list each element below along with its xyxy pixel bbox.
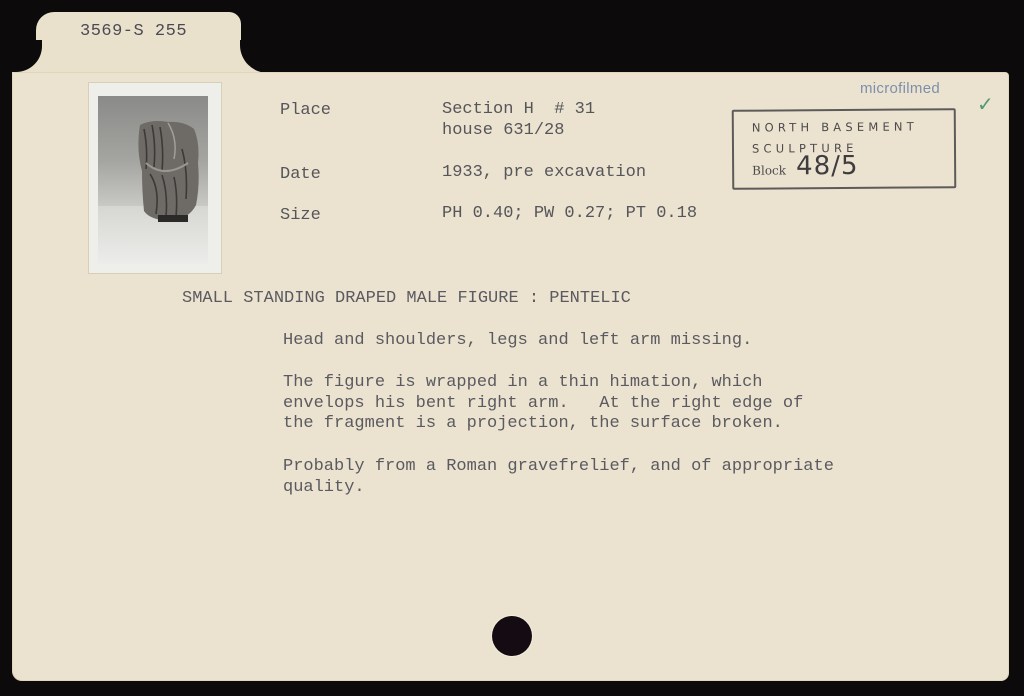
description-missing-parts: Head and shoulders, legs and left arm mi… — [283, 331, 752, 352]
description-attribution: Probably from a Roman gravefrelief, and … — [283, 457, 834, 498]
date-label: Date — [280, 165, 321, 184]
description-drapery: The figure is wrapped in a thin himation… — [283, 373, 803, 435]
stamp-block-label: Block — [752, 163, 786, 177]
catalog-number: 3569-S 255 — [80, 22, 187, 41]
checkmark-icon: ✓ — [977, 92, 994, 116]
stamp-block-value: 48/5 — [796, 151, 859, 181]
microfilmed-stamp: microfilmed — [860, 80, 940, 97]
punch-hole — [492, 616, 532, 656]
draped-figure-image — [134, 119, 200, 222]
sculpture-photo — [89, 83, 221, 273]
stamp-location: NORTH BASEMENT — [752, 119, 918, 134]
place-value-line1: Section H # 31 — [442, 100, 595, 120]
place-label: Place — [280, 101, 331, 120]
location-stamp: NORTH BASEMENT SCULPTURE Block 48/5 — [732, 108, 957, 190]
place-value-line2: house 631/28 — [442, 121, 564, 141]
object-title: SMALL STANDING DRAPED MALE FIGURE : PENT… — [182, 289, 631, 308]
date-value: 1933, pre excavation — [442, 163, 646, 183]
size-value: PH 0.40; PW 0.27; PT 0.18 — [442, 204, 697, 224]
size-label: Size — [280, 206, 321, 225]
